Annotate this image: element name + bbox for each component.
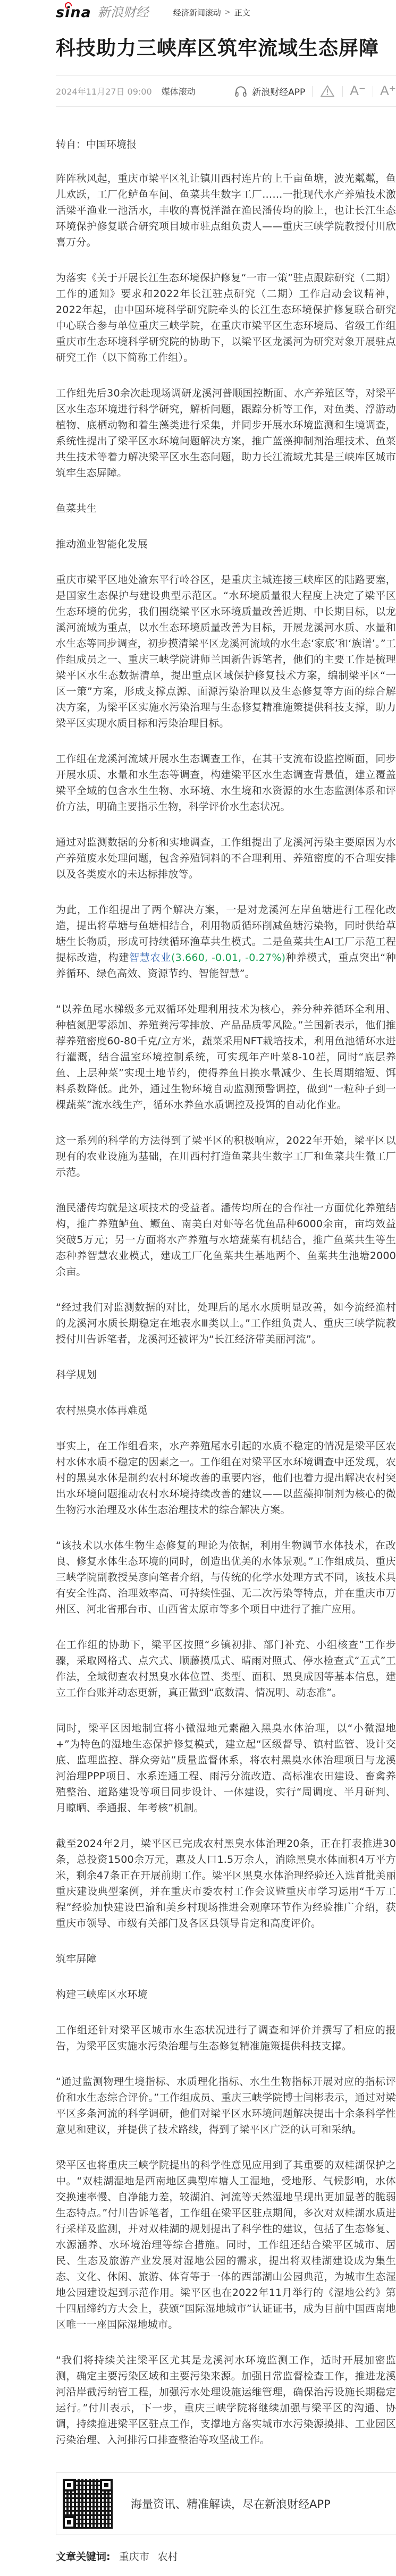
article-paragraph: 工作组还针对梁平区城市水生态状况进行了调查和评价并撰写了相应的报告，为梁平区实施… (56, 2022, 396, 2054)
article-meta-bar: 2024年11月27日 09:00 媒体滚动 新浪财经APP (56, 75, 396, 107)
sina-finance-logo-text[interactable]: 新浪财经 (98, 6, 149, 19)
stock-link[interactable]: 智慧农业 (129, 952, 171, 964)
sina-logo[interactable]: sina (56, 5, 91, 20)
app-promo-caption: 海量资讯、精准解读，尽在新浪财经APP (131, 2496, 331, 2512)
source-link[interactable]: 媒体滚动 (162, 85, 196, 97)
section-subtitle: 鱼菜共生 (56, 501, 396, 517)
article-paragraph: 工作组先后30余次赴现场调研龙溪河普顺国控断面、水产养殖区等，对梁平区水生态环境… (56, 385, 396, 481)
article-paragraph: “经过我们对监测数据的对比，处理后的尾水水质明显改善，如今流经渔村的龙溪河水质长… (56, 1299, 396, 1347)
article-paragraph: 为落实《关于开展长江生态环境保护修复“一市一策”驻点跟踪研究（二期）工作的通知》… (56, 270, 396, 366)
section-subtitle: 科学规划 (56, 1367, 396, 1383)
app-promo-card: 海量资讯、精准解读，尽在新浪财经APP (56, 2472, 396, 2535)
article-paragraph: 同时，梁平区因地制宜将小微湿地元素融入黑臭水体治理，以“小微湿地+”为特色的湿地… (56, 1720, 396, 1816)
font-larger-button[interactable]: A⁺ (380, 85, 396, 98)
article-paragraph: “通过监测物理生境指标、水质理化指标、水生生物指标开展对应的指标评价和水生态综合… (56, 2074, 396, 2138)
section-subtitle: 筑牢屏障 (56, 1951, 396, 1967)
article-paragraph: 重庆市梁平区地处渝东平行岭谷区，是重庆主城连接三峡库区的陆路要塞，是国家生态保护… (56, 572, 396, 731)
article-paragraph: 在工作组的协助下，梁平区按照“乡镇初排、部门补充、小组核查”工作步骤，采取网格式… (56, 1637, 396, 1701)
toolbar-divider (373, 86, 373, 97)
article-paragraph: “以养鱼尾水梯级多元双循环处理利用技术为核心，养分种养循环全利用、种植氮肥零添加… (56, 1001, 396, 1113)
warning-icon (319, 84, 335, 98)
article-body: 阵阵秋风起，重庆市梁平区礼让镇川西村连片的上千亩鱼塘，波光粼粼，鱼儿欢跃，工厂化… (56, 171, 396, 2448)
app-entry-button[interactable]: 新浪财经APP (234, 85, 305, 98)
report-button[interactable] (319, 84, 335, 98)
article-paragraph: “我们将持续关注梁平区尤其是龙溪河水环境监测工作，适时开展加密监测，确定主要污染… (56, 2352, 396, 2448)
font-smaller-button[interactable]: A⁻ (350, 85, 366, 98)
section-subtitle: 推动渔业智能化发展 (56, 536, 396, 552)
breadcrumb-separator: > (225, 9, 231, 16)
section-subtitle: 农村黑臭水体再难觅 (56, 1403, 396, 1418)
article-paragraph: 这一系列的科学的方法得到了梁平区的积极响应，2022年开始，梁平区以现有的农业设… (56, 1133, 396, 1180)
headphones-icon (234, 85, 248, 98)
qr-code (63, 2479, 113, 2529)
article-paragraph: 阵阵秋风起，重庆市梁平区礼让镇川西村连片的上千亩鱼塘，波光粼粼，鱼儿欢跃，工厂化… (56, 171, 396, 250)
stock-quote: (3.660, -0.01, -0.27%) (171, 952, 285, 964)
article-paragraph: 事实上，在工作组看来，水产养殖尾水引起的水质不稳定的情况是梁平区农村水体水质不稳… (56, 1438, 396, 1518)
site-header: sina 新浪财经 经济新闻滚动 > 正文 (56, 0, 396, 20)
article-page: sina 新浪财经 经济新闻滚动 > 正文 科技助力三峡库区筑牢流域生态屏障 2… (0, 0, 396, 2576)
keyword-link[interactable]: 农村 (158, 2549, 178, 2563)
article-toolbar: 新浪财经APP A⁻ A⁺ (234, 84, 396, 98)
article-paragraph: 通过对监测数据的分析和实地调查，工作组提出了龙溪河污染主要原因为水产养殖废水处理… (56, 834, 396, 882)
breadcrumb-section-link[interactable]: 经济新闻滚动 (173, 7, 221, 18)
breadcrumb: 经济新闻滚动 > 正文 (173, 7, 250, 18)
article-paragraph: 梁平区也将重庆三峡学院提出的科学性意见应用到了其重要的双桂湖保护之中。“双桂湖湿… (56, 2157, 396, 2333)
article-paragraph: 工作组在龙溪河流域开展水生态调查工作，在其干支流布设监控断面，同步开展水质、水量… (56, 751, 396, 815)
keywords-row: 文章关键词: 重庆市 农村 (56, 2549, 396, 2576)
article-source-note: 转自：中国环境报 (56, 137, 396, 151)
toolbar-divider (342, 86, 343, 97)
toolbar-divider (312, 86, 313, 97)
article-paragraph: 为此，工作组提出了两个解决方案，一是对龙溪河左岸鱼塘进行工程化改造，提出将草塘与… (56, 902, 396, 982)
section-subtitle: 构建三峡库区水环境 (56, 1987, 396, 2003)
app-label: 新浪财经APP (252, 85, 305, 98)
breadcrumb-current: 正文 (234, 7, 250, 18)
article-title: 科技助力三峡库区筑牢流域生态屏障 (56, 35, 396, 62)
article-paragraph: 渔民潘传均就是这项技术的受益者。潘传均所在的合作社一方面优化养殖结构，推广养殖鲈… (56, 1200, 396, 1280)
keywords-label: 文章关键词: (56, 2549, 111, 2563)
article-paragraph: “该技术以水体生物生态修复的理论为依据，利用生物调节水体技术，在改良、修复水体生… (56, 1538, 396, 1617)
article-paragraph: 截至2024年2月，梁平区已完成农村黑臭水体治理20条，正在打表推进30条，总投… (56, 1836, 396, 1931)
publish-date: 2024年11月27日 09:00 (56, 85, 152, 97)
keyword-link[interactable]: 重庆市 (119, 2549, 149, 2563)
